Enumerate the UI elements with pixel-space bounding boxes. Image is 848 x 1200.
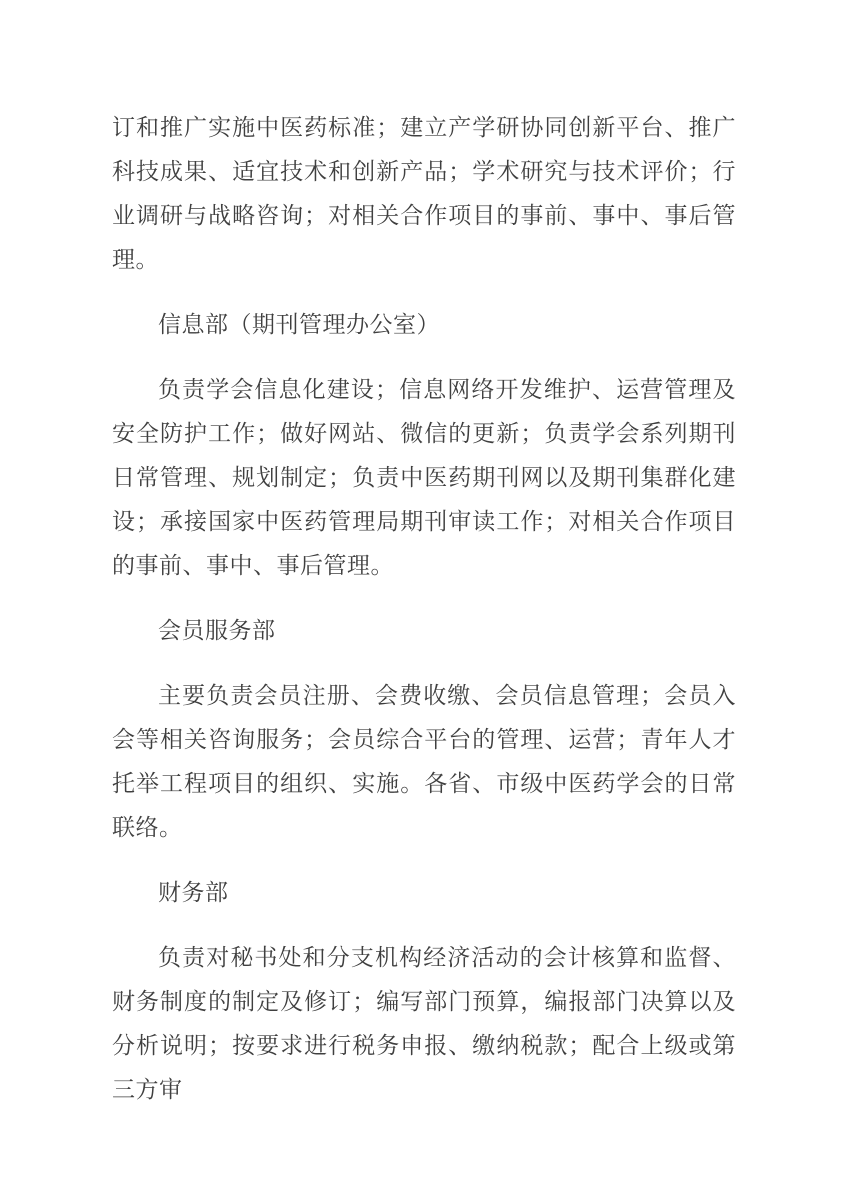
paragraph-standards-continuation: 订和推广实施中医药标准；建立产学研协同创新平台、推广科技成果、适宜技术和创新产品…	[112, 106, 736, 282]
paragraph-membership-service-duties: 主要负责会员注册、会费收缴、会员信息管理；会员入会等相关咨询服务；会员综合平台的…	[112, 674, 736, 850]
document-page: 订和推广实施中医药标准；建立产学研协同创新平台、推广科技成果、适宜技术和创新产品…	[0, 0, 848, 1200]
paragraph-information-department-duties: 负责学会信息化建设；信息网络开发维护、运营管理及安全防护工作；做好网站、微信的更…	[112, 368, 736, 588]
paragraph-finance-department-duties: 负责对秘书处和分支机构经济活动的会计核算和监督、财务制度的制定及修订；编写部门预…	[112, 936, 736, 1112]
heading-information-department: 信息部（期刊管理办公室）	[112, 303, 736, 347]
heading-membership-service-department: 会员服务部	[112, 609, 736, 653]
heading-finance-department: 财务部	[112, 871, 736, 915]
